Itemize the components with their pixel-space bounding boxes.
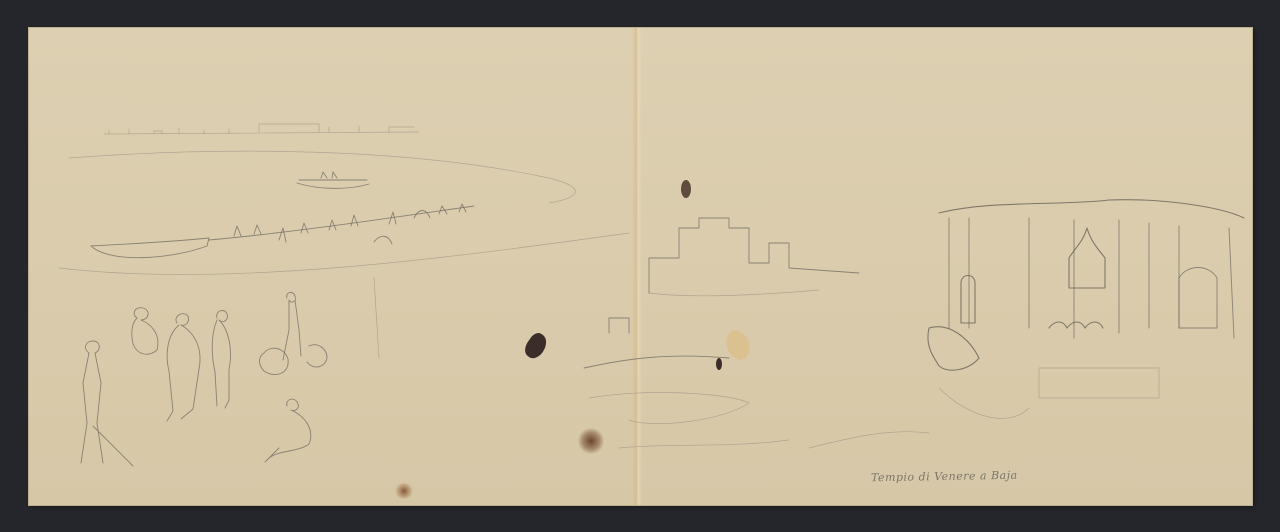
sketchbook-sheet: Tempio di Venere a Baja [29,28,1252,505]
inscription-text: Tempio di Venere a Baja [871,469,1018,485]
castle-sketch [584,218,859,448]
figure-group-sketch [81,292,327,466]
pencil-drawing [29,28,1252,505]
temple-sketch [809,200,1244,448]
hauling-figures-sketch [59,204,629,358]
boat-sketch [297,172,369,188]
skyline-sketch [69,124,575,203]
